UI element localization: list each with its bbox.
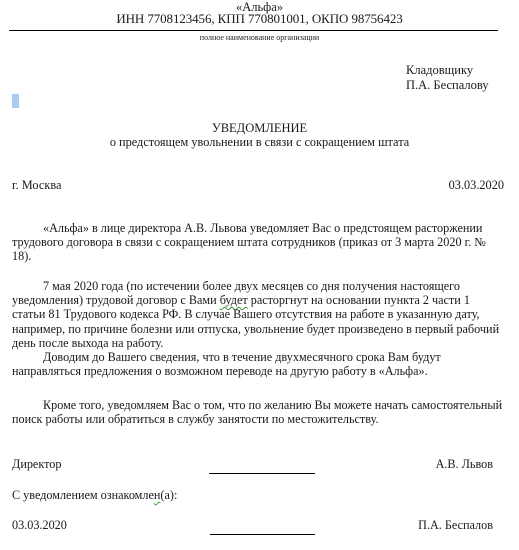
acknowledgment-label: С уведомлением ознакомлен(а): — [12, 488, 177, 502]
addressee-name: П.А. Беспалову — [406, 78, 489, 93]
paragraph-line: Доводим до Вашего сведения, что в течени… — [12, 350, 492, 364]
text-segment: уведомления) трудовой договор с Вами — [12, 293, 220, 307]
body-paragraph-4[interactable]: Кроме того, уведомляем Вас о том, что по… — [12, 398, 492, 426]
director-label: Директор — [12, 457, 61, 471]
paragraph-line: например, по причине болезни или отпуска… — [12, 322, 492, 336]
text-segment: (а): — [160, 488, 177, 502]
body-paragraph-2[interactable]: 7 мая 2020 года (по истечении более двух… — [12, 279, 492, 350]
body-paragraph-1[interactable]: «Альфа» в лице директора А.В. Львова уве… — [12, 221, 492, 264]
paragraph-line: уведомления) трудовой договор с Вами буд… — [12, 293, 492, 307]
document-city: г. Москва — [12, 178, 61, 192]
organization-ids: ИНН 7708123456, КПП 770801001, ОКПО 9875… — [0, 12, 519, 26]
text-cursor-highlight[interactable] — [12, 94, 19, 108]
director-name: А.В. Львов — [436, 457, 493, 471]
employee-signature-line — [210, 534, 315, 535]
employee-name: П.А. Беспалов — [418, 518, 493, 532]
addressee-position: Кладовщику — [406, 63, 489, 78]
spellcheck-flagged-word[interactable]: будет — [220, 293, 248, 307]
paragraph-line: поиск работы или обратиться в службу зан… — [12, 412, 492, 426]
text-segment: расторгнут на основании пункта 2 части 1 — [248, 293, 470, 307]
acknowledgment-date: 03.03.2020 — [12, 518, 67, 532]
document-subtitle: о предстоящем увольнении в связи с сокра… — [0, 135, 519, 149]
paragraph-line: день после выхода на работу. — [12, 336, 492, 350]
paragraph-line: трудового договора в связи с сокращением… — [12, 235, 492, 249]
document-date: 03.03.2020 — [449, 178, 504, 192]
paragraph-line: Кроме того, уведомляем Вас о том, что по… — [12, 398, 492, 412]
addressee-block: Кладовщику П.А. Беспалову — [406, 63, 489, 93]
paragraph-line: 18). — [12, 249, 492, 263]
director-signature-line — [209, 473, 315, 474]
paragraph-line: 7 мая 2020 года (по истечении более двух… — [12, 279, 492, 293]
paragraph-line: статьи 81 Трудового кодекса РФ. В случае… — [12, 307, 492, 321]
paragraph-line: «Альфа» в лице директора А.В. Львова уве… — [12, 221, 492, 235]
organization-caption: полное наименование организации — [0, 33, 519, 43]
document-title: УВЕДОМЛЕНИЕ — [0, 121, 519, 135]
organization-divider — [9, 30, 498, 31]
text-segment: С уведомлением ознакомле — [12, 488, 154, 502]
body-paragraph-3[interactable]: Доводим до Вашего сведения, что в течени… — [12, 350, 492, 378]
paragraph-line: направляться предложения о возможном пер… — [12, 364, 492, 378]
